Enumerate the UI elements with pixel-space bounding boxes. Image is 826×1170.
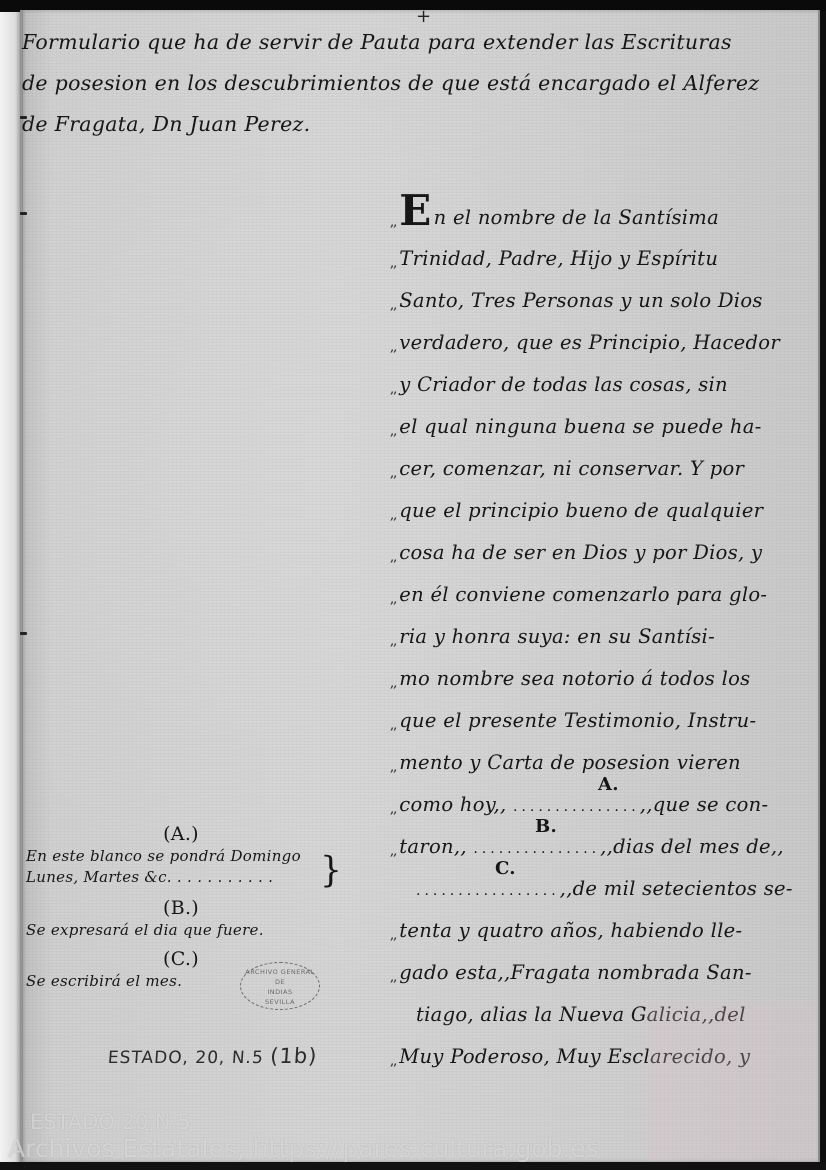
- text-line: ,,verdadero, que es Principio, Hacedor: [390, 322, 810, 364]
- text-line-content: que el principio bueno de qualquier: [399, 499, 763, 522]
- note-text: Se expresará el dia que fuere.: [26, 920, 336, 941]
- text-line: tiago, alias la Nueva Galicia,,del: [390, 994, 810, 1036]
- text-line-content: como hoy,,: [399, 793, 506, 816]
- reference-code: ESTADO, 20, N.5: [107, 1048, 264, 1068]
- deed-body-text: ,,En el nombre de la Santísima ,,Trinida…: [390, 196, 810, 1078]
- line-quote-mark: ,,: [390, 1054, 396, 1069]
- line-quote-mark: ,,: [390, 802, 396, 817]
- text-line: ,,y Criador de todas las cosas, sin: [390, 364, 810, 406]
- line-quote-mark: ,,: [390, 634, 396, 649]
- text-line-content: cosa ha de ser en Dios y por Dios, y: [399, 541, 762, 564]
- text-line-content: Trinidad, Padre, Hijo y Espíritu: [399, 247, 718, 270]
- line-quote-mark: ,,: [390, 970, 396, 985]
- margin-note-a: (A.) En este blanco se pondrá Domingo Lu…: [26, 822, 336, 888]
- text-line: ,,cosa ha de ser en Dios y por Dios, y: [390, 532, 810, 574]
- reference-suffix: (1b): [269, 1044, 318, 1068]
- page-fold-line: [22, 10, 23, 1162]
- note-text: En este blanco se pondrá Domingo: [26, 846, 336, 867]
- pencil-reference: ESTADO, 20, N.5 (1b): [107, 1044, 318, 1068]
- line-quote-mark: ,,: [390, 215, 396, 230]
- text-line: ,,gado esta,,Fragata nombrada San-: [390, 952, 810, 994]
- line-quote-mark: ,,: [390, 298, 396, 313]
- text-line-content: taron,,: [399, 835, 467, 858]
- text-line-content: ria y honra suya: en su Santísi-: [399, 625, 715, 648]
- text-line-content: gado esta,,Fragata nombrada San-: [399, 961, 751, 984]
- text-line-content: cer, comenzar, ni conservar. Y por: [399, 457, 744, 480]
- blank-field-dots: ...............: [513, 799, 640, 815]
- scan-bottom-border: [0, 1162, 826, 1170]
- blank-field-line-a: A. ,,como hoy,, ...............,,que se …: [390, 784, 810, 826]
- text-line-content: ,,dias del mes de,,: [600, 835, 784, 858]
- text-line-content: ,,de mil setecientos se-: [560, 877, 793, 900]
- note-text: Lunes, Martes &c. . . . . . . . . . .: [26, 867, 336, 888]
- line-quote-mark: ,,: [390, 928, 396, 943]
- blank-field-key-a: A.: [598, 764, 619, 806]
- text-line-content: Muy Poderoso, Muy Esclarecido, y: [399, 1045, 750, 1068]
- blank-field-line-b: B. ,,taron,, ...............,,dias del m…: [390, 826, 810, 868]
- blank-field-dots: .................: [416, 883, 560, 899]
- text-line: ,,el qual ninguna buena se puede ha-: [390, 406, 810, 448]
- heading-line: Formulario que ha de servir de Pauta par…: [22, 22, 802, 63]
- previous-page-edge: [0, 12, 22, 1162]
- brace-mark: }: [320, 849, 342, 891]
- archive-stamp: ARCHIVO GENERAL DE INDIAS SEVILLA: [240, 962, 320, 1010]
- line-quote-mark: ,,: [390, 550, 396, 565]
- text-line: ,,que el presente Testimonio, Instru-: [390, 700, 810, 742]
- text-line: ,,tenta y quatro años, habiendo lle-: [390, 910, 810, 952]
- text-line-content: mento y Carta de posesion vieren: [399, 751, 741, 774]
- text-line: ,,cer, comenzar, ni conservar. Y por: [390, 448, 810, 490]
- text-line-content: ,,que se con-: [640, 793, 769, 816]
- margin-mark: [20, 632, 27, 635]
- text-line-content: Santo, Tres Personas y un solo Dios: [399, 289, 762, 312]
- line-quote-mark: ,,: [390, 718, 396, 733]
- text-line-content: verdadero, que es Principio, Hacedor: [399, 331, 780, 354]
- line-quote-mark: ,,: [390, 508, 396, 523]
- text-line-content: en él conviene comenzarlo para glo-: [399, 583, 767, 606]
- blank-field-key-c: C.: [495, 848, 516, 890]
- line-quote-mark: ,,: [390, 592, 396, 607]
- heading-line: de posesion en los descubrimientos de qu…: [22, 63, 802, 104]
- text-line-content: n el nombre de la Santísima: [434, 206, 719, 229]
- text-line: ,,Muy Poderoso, Muy Esclarecido, y: [390, 1036, 810, 1078]
- heading-line: de Fragata, Dn Juan Perez.: [22, 104, 802, 145]
- stamp-line: DE: [241, 977, 319, 987]
- margin-mark: [20, 212, 27, 215]
- text-line: ,,En el nombre de la Santísima: [390, 196, 810, 238]
- text-line-content: que el presente Testimonio, Instru-: [399, 709, 756, 732]
- line-quote-mark: ,,: [390, 466, 396, 481]
- stamp-line: INDIAS: [241, 987, 319, 997]
- note-key: (B.): [26, 896, 336, 920]
- line-quote-mark: ,,: [390, 844, 396, 859]
- document-heading: Formulario que ha de servir de Pauta par…: [22, 22, 802, 145]
- text-line-content: el qual ninguna buena se puede ha-: [399, 415, 761, 438]
- line-quote-mark: ,,: [390, 424, 396, 439]
- drop-capital: E: [399, 186, 431, 235]
- line-quote-mark: ,,: [390, 256, 396, 271]
- blank-field-key-b: B.: [535, 806, 557, 848]
- text-line-content: y Criador de todas las cosas, sin: [399, 373, 728, 396]
- line-quote-mark: ,,: [390, 382, 396, 397]
- text-line-content: tiago, alias la Nueva Galicia,,del: [416, 1003, 746, 1026]
- text-line: ,,mo nombre sea notorio á todos los: [390, 658, 810, 700]
- stamp-line: ARCHIVO GENERAL: [241, 967, 319, 977]
- note-key: (A.): [26, 822, 336, 846]
- line-quote-mark: ,,: [390, 676, 396, 691]
- text-line: ,,ria y honra suya: en su Santísi-: [390, 616, 810, 658]
- line-quote-mark: ,,: [390, 340, 396, 355]
- text-line-content: mo nombre sea notorio á todos los: [399, 667, 750, 690]
- margin-note-b: (B.) Se expresará el dia que fuere.: [26, 896, 336, 941]
- text-line: ,,que el principio bueno de qualquier: [390, 490, 810, 532]
- text-line: ,,Santo, Tres Personas y un solo Dios: [390, 280, 810, 322]
- stamp-line: SEVILLA: [241, 997, 319, 1007]
- text-line: ,,en él conviene comenzarlo para glo-: [390, 574, 810, 616]
- text-line: ,,Trinidad, Padre, Hijo y Espíritu: [390, 238, 810, 280]
- line-quote-mark: ,,: [390, 760, 396, 775]
- blank-field-line-c: C. .................,,de mil setecientos…: [390, 868, 810, 910]
- text-line-content: tenta y quatro años, habiendo lle-: [399, 919, 742, 942]
